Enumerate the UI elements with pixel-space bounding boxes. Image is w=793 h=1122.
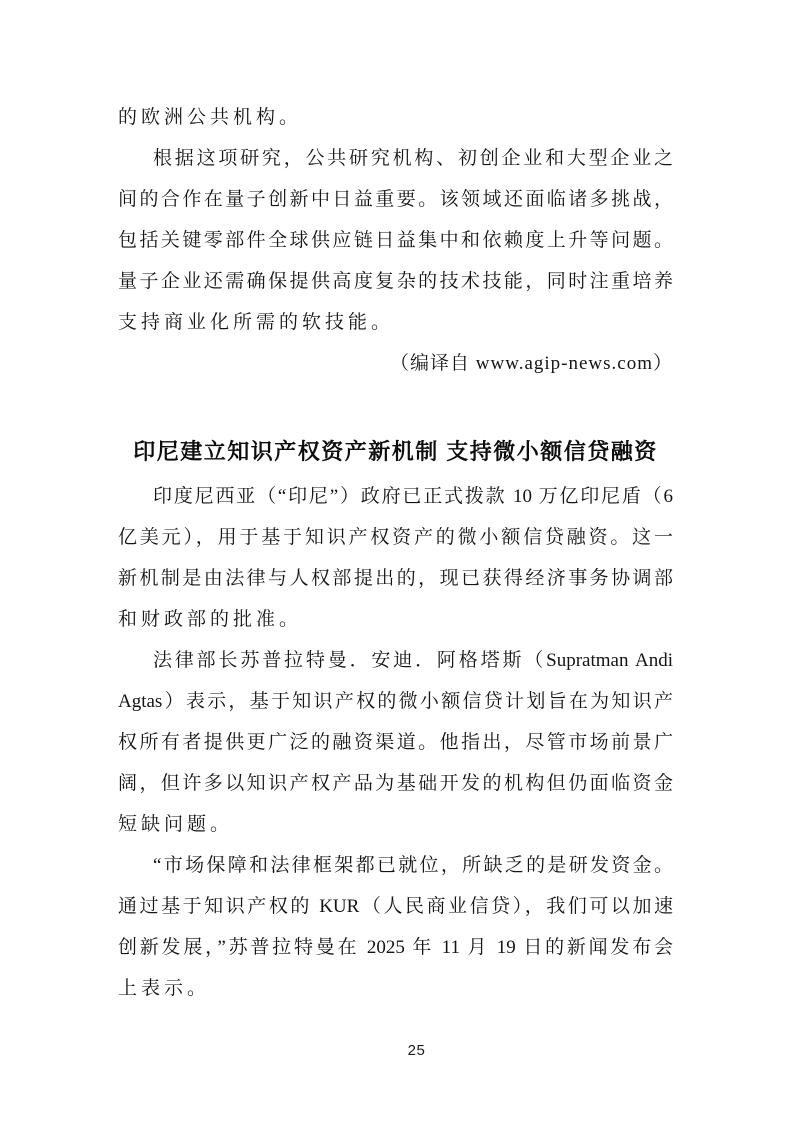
text-line: 支持商业化所需的软技能。 [118, 302, 673, 343]
text-line: 通过基于知识产权的 KUR（人民商业信贷），我们可以加速 [118, 886, 673, 927]
source-attribution: （编译自 www.agip-news.com） [118, 343, 673, 384]
para-quantum-study: 根据这项研究，公共研究机构、初创企业和大型企业之间的合作在量子创新中日益重要。该… [118, 138, 673, 343]
para-minister-quote: “市场保障和法律框架都已就位，所缺乏的是研发资金。通过基于知识产权的 KUR（人… [118, 845, 673, 1009]
article-heading-indonesia-ip: 印尼建立知识产权资产新机制 支持微小额信贷融资 [118, 428, 673, 476]
text-line: （编译自 www.agip-news.com） [118, 343, 673, 384]
page-number: 25 [408, 1042, 426, 1059]
text-line: 新机制是由法律与人权部提出的，现已获得经济事务协调部 [118, 558, 673, 599]
text-line: 法律部长苏普拉特曼．安迪．阿格塔斯（Supratman Andi [118, 640, 673, 681]
text-line: 的欧洲公共机构。 [118, 97, 673, 138]
text-line: 包括关键零部件全球供应链日益集中和依赖度上升等问题。 [118, 220, 673, 261]
page-content: 的欧洲公共机构。根据这项研究，公共研究机构、初创企业和大型企业之间的合作在量子创… [118, 97, 673, 1009]
para-indonesia-funding: 印度尼西亚（“印尼”）政府已正式拨款 10 万亿印尼盾（6亿美元），用于基于知识… [118, 476, 673, 640]
text-line: 权所有者提供更广泛的融资渠道。他指出，尽管市场前景广 [118, 722, 673, 763]
text-line: “市场保障和法律框架都已就位，所缺乏的是研发资金。 [118, 845, 673, 886]
text-line: 短缺问题。 [118, 804, 673, 845]
text-line: Agtas）表示，基于知识产权的微小额信贷计划旨在为知识产 [118, 681, 673, 722]
text-line: 阔，但许多以知识产权产品为基础开发的机构但仍面临资金 [118, 763, 673, 804]
text-line: 和财政部的批准。 [118, 599, 673, 640]
text-line: 亿美元），用于基于知识产权资产的微小额信贷融资。这一 [118, 517, 673, 558]
para-europe-institutions-continuation: 的欧洲公共机构。 [118, 97, 673, 138]
text-line: 根据这项研究，公共研究机构、初创企业和大型企业之 [118, 138, 673, 179]
para-minister-statement: 法律部长苏普拉特曼．安迪．阿格塔斯（Supratman AndiAgtas）表示… [118, 640, 673, 845]
text-line: 间的合作在量子创新中日益重要。该领域还面临诸多挑战， [118, 179, 673, 220]
text-line: 上表示。 [118, 968, 673, 1009]
document-page: 的欧洲公共机构。根据这项研究，公共研究机构、初创企业和大型企业之间的合作在量子创… [0, 0, 793, 1122]
page-footer: 25 [0, 1042, 793, 1060]
text-line: 印度尼西亚（“印尼”）政府已正式拨款 10 万亿印尼盾（6 [118, 476, 673, 517]
text-line: 量子企业还需确保提供高度复杂的技术技能，同时注重培养 [118, 261, 673, 302]
text-line: 创新发展，”苏普拉特曼在 2025 年 11 月 19 日的新闻发布会 [118, 927, 673, 968]
article-title-text: 印尼建立知识产权资产新机制 支持微小额信贷融资 [118, 428, 673, 476]
